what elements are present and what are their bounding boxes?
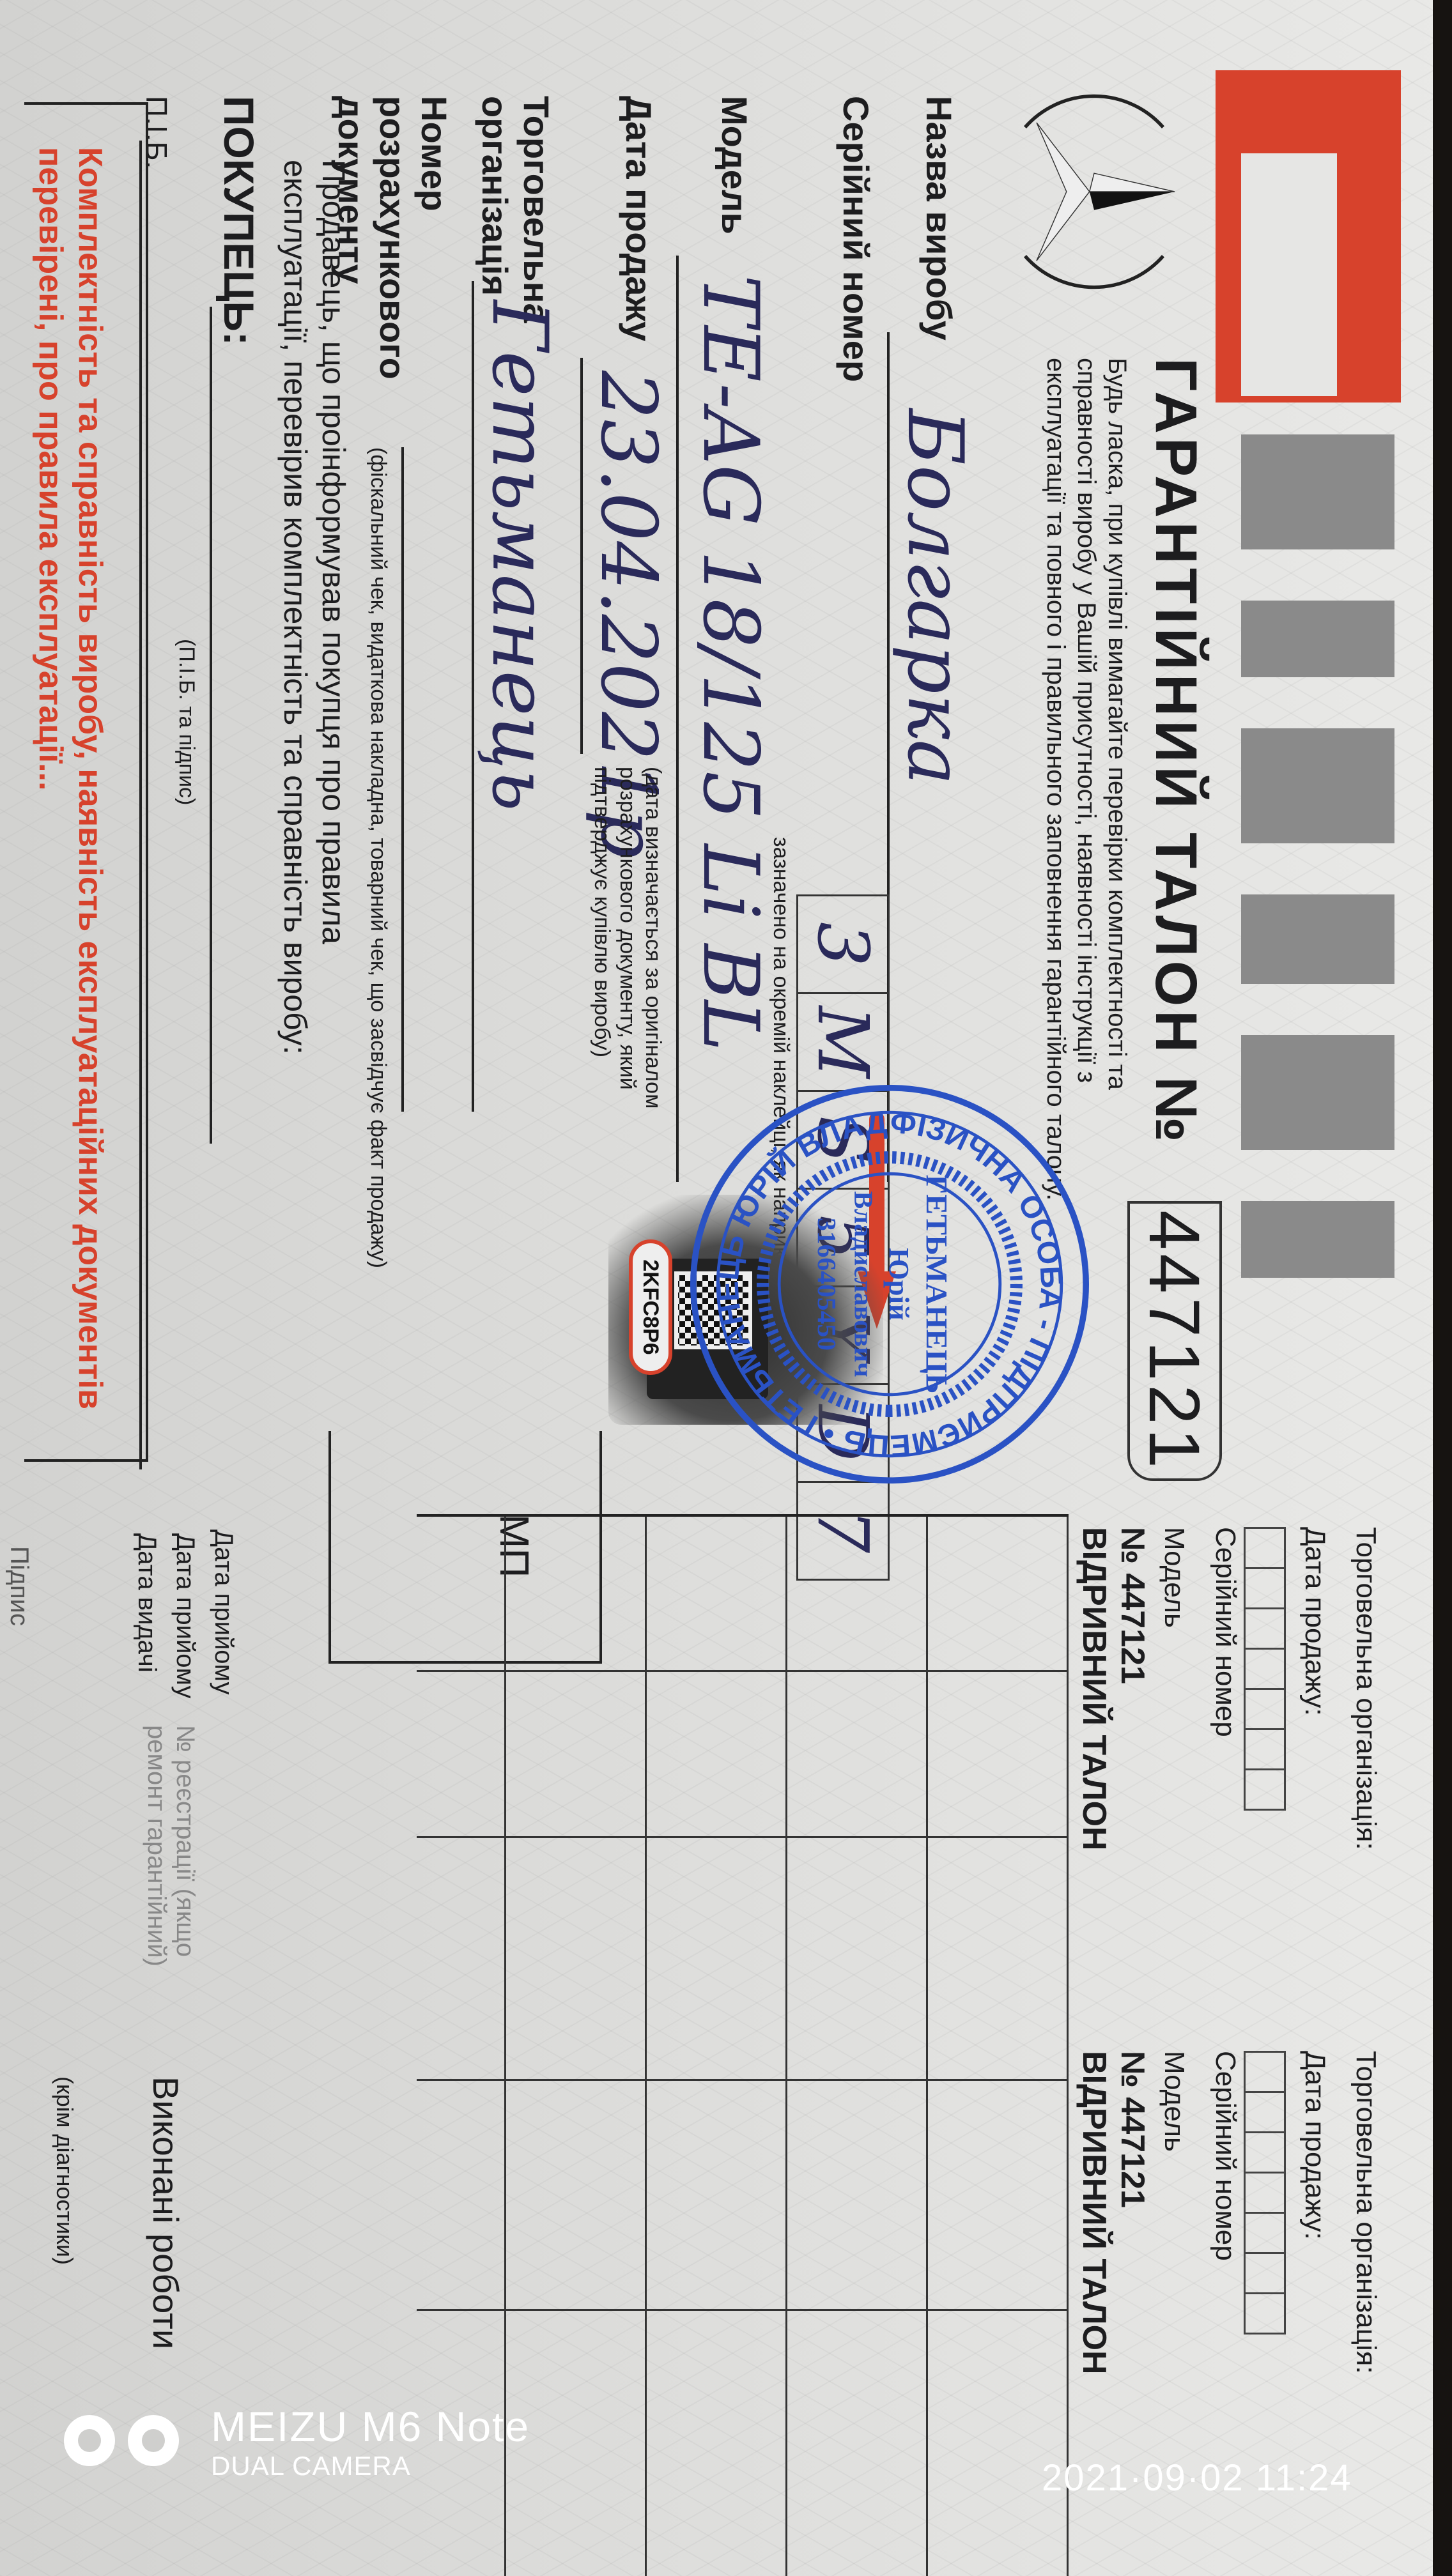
coupon-number: № 447121 xyxy=(1113,2051,1152,2208)
coupon-title: ВІДРИВНИЙ ТАЛОН xyxy=(1075,2051,1113,2375)
serial-char-box[interactable]: 3 xyxy=(798,896,888,994)
brand-wordmark xyxy=(1241,434,1394,1393)
model-label: Модель xyxy=(714,96,755,234)
warranty-card: ГАРАНТІЙНИЙ ТАЛОН № 447121 Будь ласка, п… xyxy=(0,0,1452,2576)
coupon-serial-label: Серійний номер xyxy=(1209,2051,1241,2261)
tear-off-coupon-1[interactable]: ВІДРИВНИЙ ТАЛОН № 447121 Модель Серійний… xyxy=(1075,1521,1433,2019)
sale-date-label: Дата продажу xyxy=(618,96,660,341)
coupon-serial-label: Серійний номер xyxy=(1209,1527,1241,1737)
photo-frame: ГАРАНТІЙНИЙ ТАЛОН № 447121 Будь ласка, п… xyxy=(0,0,1452,2576)
photo-timestamp: 2021·09·02 11:24 xyxy=(1042,2457,1352,2499)
svg-text:3166405450: 3166405450 xyxy=(812,1218,842,1351)
sale-date-hint: (дата визначається за оригіналом розраху… xyxy=(589,767,666,1124)
model-line xyxy=(676,256,679,1182)
aperture-icon xyxy=(64,2415,115,2466)
seller-stamp: ФІЗИЧНА ОСОБА - ПІДПРИЄМЕЦЬ • ГЕТЬМАНЕЦЬ… xyxy=(685,1080,1094,1489)
top-cut-text: Підпис xyxy=(4,1546,33,1626)
coupon-org-label: Торговельна організація: xyxy=(1350,2051,1382,2374)
trade-org-line xyxy=(472,281,474,1112)
star-emblem-icon xyxy=(979,77,1209,307)
svg-text:Владиславович: Владиславович xyxy=(849,1191,879,1377)
coupon-date-label: Дата продажу: xyxy=(1299,2051,1331,2240)
receipt-number-line[interactable] xyxy=(401,447,404,1112)
product-name-label: Назва виробу xyxy=(918,96,960,341)
seller-note: Продавець, що проінформував покупця про … xyxy=(276,160,353,1086)
coupon-org-label: Торговельна організація: xyxy=(1350,1527,1382,1850)
camera-brand: MEIZU M6 Note xyxy=(211,2402,530,2451)
coupon-date-label: Дата продажу: xyxy=(1299,1527,1331,1716)
background-edge xyxy=(1433,0,1452,2576)
th-registration-no: № реєстрації (якщо ремонт гарантійний) xyxy=(142,1725,199,1968)
intro-text: Будь ласка, при купівлі вимагайте переві… xyxy=(1040,358,1132,1201)
svg-text:Юрій: Юрій xyxy=(883,1248,915,1321)
receipt-number-hint: (фіскальний чек, видаткова накладна, тов… xyxy=(366,447,391,1268)
product-name-value[interactable]: Болгарка xyxy=(890,409,979,785)
brand-logo-red-block xyxy=(1216,70,1401,402)
camera-watermark: MEIZU M6 Note DUAL CAMERA xyxy=(64,2415,192,2469)
coupon-number: № 447121 xyxy=(1113,1527,1152,1684)
coupon-model-label: Модель xyxy=(1158,1527,1190,1628)
serial-char-box[interactable]: M xyxy=(798,994,888,1092)
coupon-serial-boxes[interactable] xyxy=(1244,1527,1286,1811)
card-number: 447121 xyxy=(1127,1201,1222,1481)
th-date-issued: Дата видачі xyxy=(132,1533,161,1673)
camera-sub: DUAL CAMERA xyxy=(211,2451,530,2481)
trade-org-value[interactable]: Гетьманець xyxy=(475,300,564,811)
sticker-serial: 2KFC8P6 xyxy=(629,1239,672,1375)
serial-label: Серійний номер xyxy=(835,96,877,382)
th-except-diagnostics: (крім діагностики) xyxy=(51,2076,78,2265)
buyer-heading: ПОКУПЕЦЬ: xyxy=(215,96,263,346)
aperture-icon xyxy=(128,2415,179,2466)
warning-text: Комплектність та справність виробу, наяв… xyxy=(31,147,110,1425)
th-date-received: Дата прийому xyxy=(209,1529,238,1694)
sale-date-line xyxy=(580,358,583,754)
th-work-done: Виконані роботи xyxy=(145,2076,187,2349)
card-number-value: 447121 xyxy=(1134,1210,1216,1472)
page-title: ГАРАНТІЙНИЙ ТАЛОН № xyxy=(1142,358,1209,1146)
svg-text:ГЕТЬМАНЕЦЬ: ГЕТЬМАНЕЦЬ xyxy=(920,1175,954,1394)
th-date-received-label: Дата прийому xyxy=(171,1533,199,1698)
coupon-title: ВІДРИВНИЙ ТАЛОН xyxy=(1075,1527,1113,1851)
coupon-serial-boxes[interactable] xyxy=(1244,2051,1286,2334)
coupon-model-label: Модель xyxy=(1158,2051,1190,2152)
buyer-signature-line[interactable] xyxy=(210,307,212,1144)
trade-org-label: Торговельна організація xyxy=(474,96,557,262)
buyer-sign-hint: (П.І.Б. та підпис) xyxy=(174,639,199,805)
model-value[interactable]: TE-AG 18/125 Li BL xyxy=(686,275,775,1051)
